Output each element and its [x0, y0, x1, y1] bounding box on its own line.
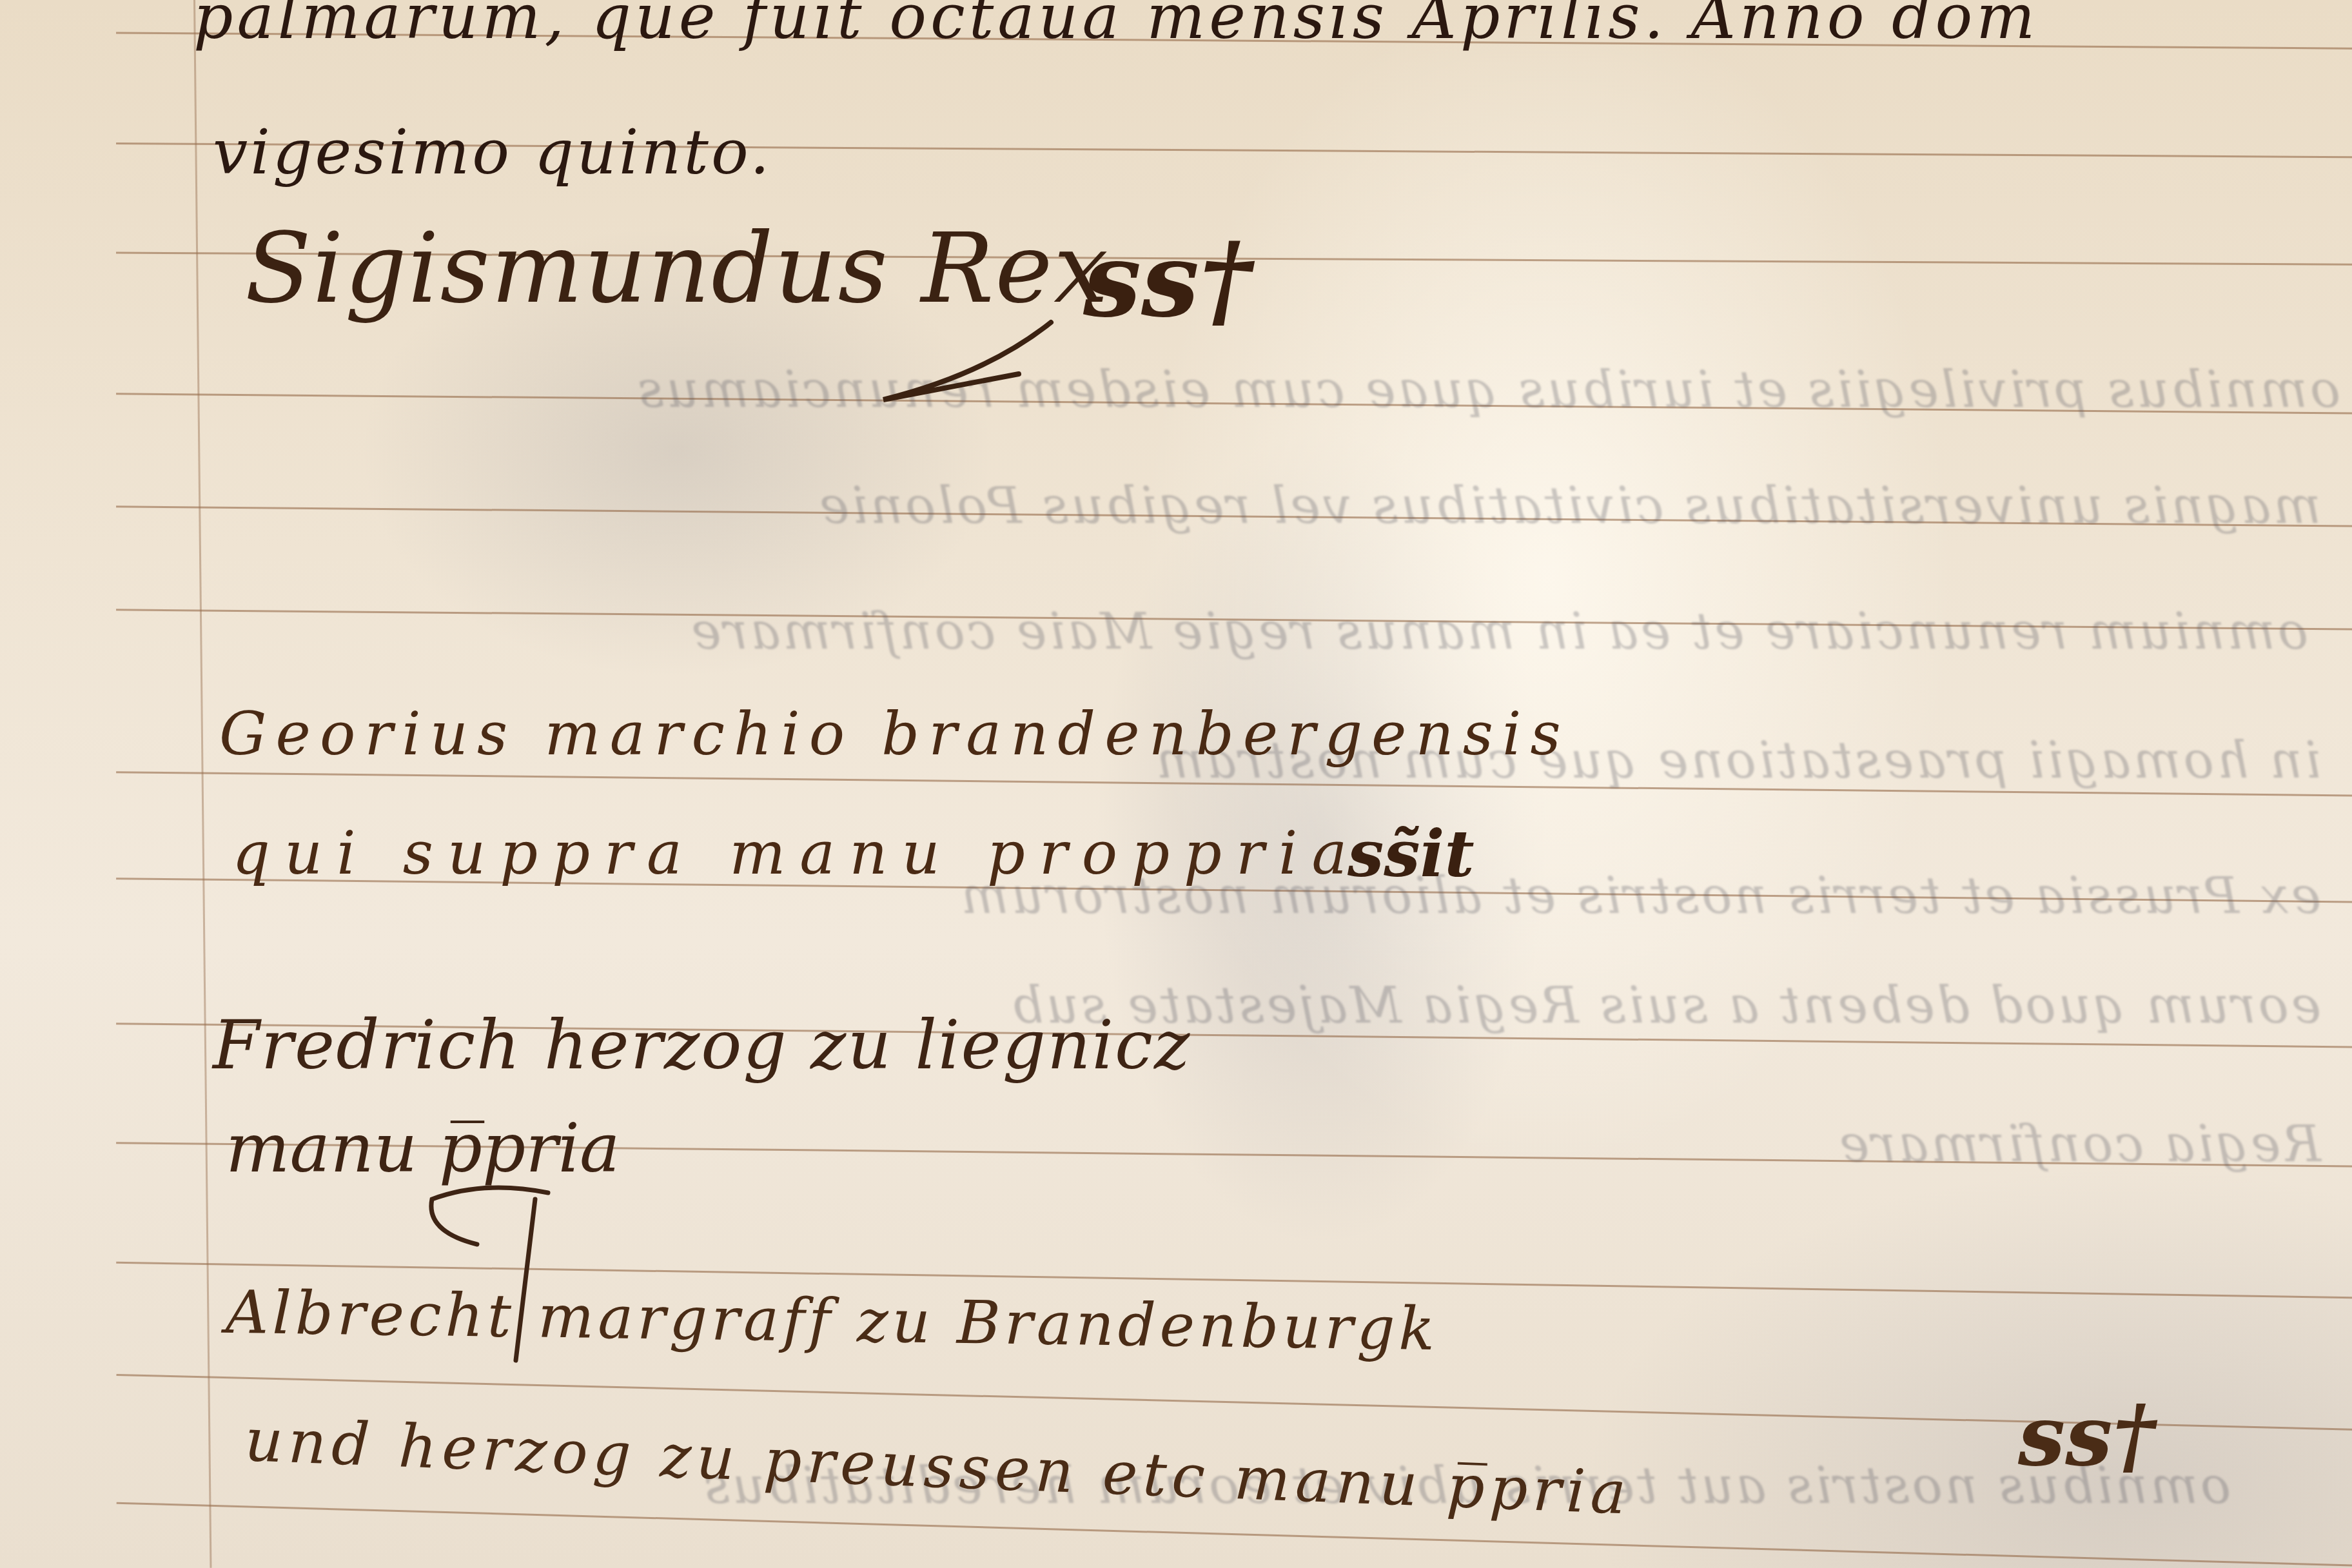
main-text-line-1: palmarum, que fuit octaua mensis Aprilis…	[193, 0, 2039, 53]
bleed-through-line: omnium renunciare et ea in manus regie M…	[52, 603, 2308, 661]
signature-line-1: Fredrich herzog zu liegnicz	[213, 1006, 1191, 1084]
signature-mark: ss†	[2018, 1386, 2156, 1485]
bleed-through-line: magnis universitatibus civitatibus vel r…	[193, 477, 2321, 535]
flourish-icon	[857, 297, 1193, 413]
signature-line-2: qui suppra manu proppria	[232, 819, 1361, 888]
bleed-through-line: eorum quod debent a suis Regia Majestate…	[1483, 977, 2321, 1035]
main-text-line-2: vigesimo quinto.	[213, 116, 772, 188]
signature-mark: ss̃it	[1347, 816, 1475, 892]
bleed-through-line: Regia confirmare	[1741, 1115, 2321, 1173]
signature-line-1: Georius marchio brandenbergensis	[219, 700, 1570, 769]
bleed-through-line: omnibus privilegiis et iuribus quae cum …	[148, 361, 2340, 419]
